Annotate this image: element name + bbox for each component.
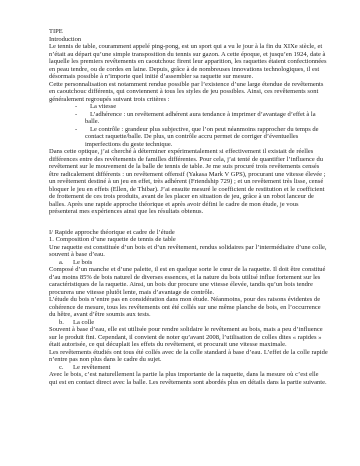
sub-heading-title: Le bois bbox=[73, 259, 92, 266]
list-item-text: L’adhérence : un revêtement adhérent aur… bbox=[85, 111, 328, 126]
list-dash: - bbox=[75, 103, 77, 111]
doc-title: TIPE bbox=[49, 28, 328, 36]
sub-heading-bois: a.Le bois bbox=[59, 259, 328, 267]
paragraph-bois-1: Composé d’un manche et d’une palette, il… bbox=[49, 266, 328, 296]
sub-heading-label: b. bbox=[59, 319, 73, 327]
list-dash: - bbox=[75, 126, 77, 134]
paragraph-colle-2: Les revêtements étudiés ont tous été col… bbox=[49, 349, 328, 364]
list-item-adherence: - L’adhérence : un revêtement adhérent a… bbox=[85, 111, 328, 126]
list-item-controle: - Le contrôle : grandeur plus subjective… bbox=[85, 126, 328, 149]
paragraph-bois-2: L’étude du bois n’entre pas en considéra… bbox=[49, 296, 328, 319]
intro-paragraph-2: Cette personnalisation est notamment ren… bbox=[49, 81, 328, 104]
document-page: TIPE Introduction Le tennis de table, co… bbox=[0, 0, 360, 466]
sub-heading-colle: b.La colle bbox=[59, 319, 328, 327]
paragraph-revetement-1: Avec le bois, c’est naturellement la par… bbox=[49, 371, 328, 386]
list-item-vitesse: - La vitesse bbox=[85, 103, 328, 111]
list-item-text: La vitesse bbox=[85, 103, 328, 111]
list-item-text: Le contrôle : grandeur plus subjective, … bbox=[85, 126, 328, 149]
intro-heading: Introduction bbox=[49, 36, 328, 44]
list-dash: - bbox=[75, 111, 77, 119]
criteria-list: - La vitesse - L’adhérence : un revêteme… bbox=[49, 103, 328, 148]
intro-paragraph-1: Le tennis de table, couramment appelé pi… bbox=[49, 43, 328, 81]
sub-heading-title: Le revêtement bbox=[73, 364, 110, 371]
sub-heading-label: a. bbox=[59, 259, 73, 267]
intro-paragraph-3: Dans cette optique, j’ai cherché à déter… bbox=[49, 148, 328, 216]
sub-heading-revetement: c.Le revêtement bbox=[59, 364, 328, 372]
paragraph-colle-1: Souvent à base d’eau, elle est utilisée … bbox=[49, 326, 328, 349]
sub-heading-title: La colle bbox=[73, 319, 94, 326]
sub-heading-label: c. bbox=[59, 364, 73, 372]
section-1-1-heading: 1. Composition d’une raquette de tennis … bbox=[49, 236, 328, 244]
section-1-1-intro: Une raquette est constituée d’un bois et… bbox=[49, 244, 328, 259]
section-1-heading: I/ Rapide approche théorique et cadre de… bbox=[49, 229, 328, 237]
